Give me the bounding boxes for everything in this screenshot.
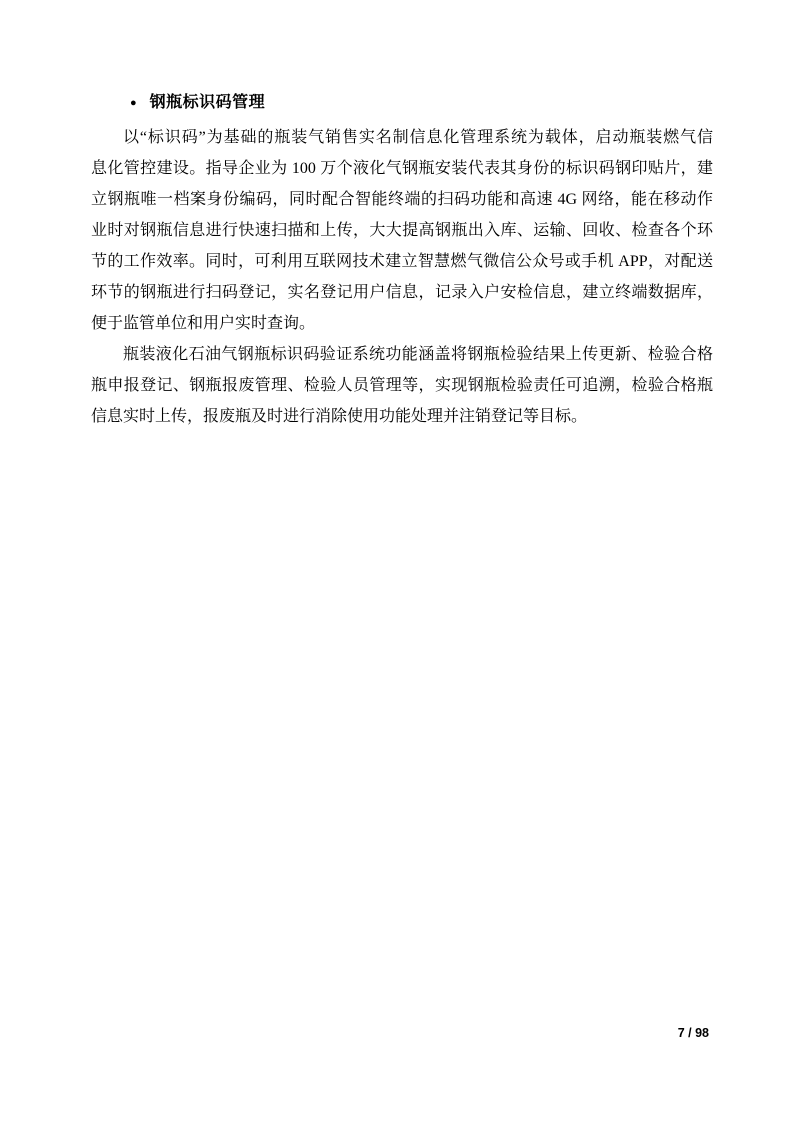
- text-line: 瓶装液化石油气钢瓶标识码验证系统功能涵盖将钢瓶检验结果上传更新、检验合格: [91, 339, 713, 370]
- section-heading-text: 钢瓶标识码管理: [150, 93, 266, 113]
- page-number: 7 / 98: [678, 1026, 709, 1040]
- text-line: 便于监管单位和用户实时查询。: [91, 308, 713, 339]
- text-line: 节的工作效率。同时，可利用互联网技术建立智慧燃气微信公众号或手机 APP，对配送: [91, 246, 713, 277]
- text-line: 息化管控建设。指导企业为 100 万个液化气钢瓶安装代表其身份的标识码钢印贴片，…: [91, 153, 713, 184]
- text-line: 瓶申报登记、钢瓶报废管理、检验人员管理等，实现钢瓶检验责任可追溯，检验合格瓶: [91, 370, 713, 401]
- paragraph: 瓶装液化石油气钢瓶标识码验证系统功能涵盖将钢瓶检验结果上传更新、检验合格瓶申报登…: [91, 339, 713, 432]
- text-line: 以“标识码”为基础的瓶装气销售实名制信息化管理系统为载体，启动瓶装燃气信: [91, 122, 713, 153]
- paragraph: 以“标识码”为基础的瓶装气销售实名制信息化管理系统为载体，启动瓶装燃气信息化管控…: [91, 122, 713, 339]
- bullet-icon: ●: [130, 93, 137, 113]
- document-page: ● 钢瓶标识码管理 以“标识码”为基础的瓶装气销售实名制信息化管理系统为载体，启…: [0, 0, 793, 1122]
- page-footer: 7 / 98: [91, 1024, 709, 1042]
- text-line: 业时对钢瓶信息进行快速扫描和上传，大大提高钢瓶出入库、运输、回收、检查各个环: [91, 215, 713, 246]
- document-body: 以“标识码”为基础的瓶装气销售实名制信息化管理系统为载体，启动瓶装燃气信息化管控…: [91, 122, 713, 432]
- document-content: ● 钢瓶标识码管理 以“标识码”为基础的瓶装气销售实名制信息化管理系统为载体，启…: [91, 93, 713, 432]
- text-line: 立钢瓶唯一档案身份编码，同时配合智能终端的扫码功能和高速 4G 网络，能在移动作: [91, 184, 713, 215]
- section-heading: ● 钢瓶标识码管理: [91, 93, 713, 113]
- text-line: 信息实时上传，报废瓶及时进行消除使用功能处理并注销登记等目标。: [91, 401, 713, 432]
- text-line: 环节的钢瓶进行扫码登记，实名登记用户信息，记录入户安检信息，建立终端数据库，: [91, 277, 713, 308]
